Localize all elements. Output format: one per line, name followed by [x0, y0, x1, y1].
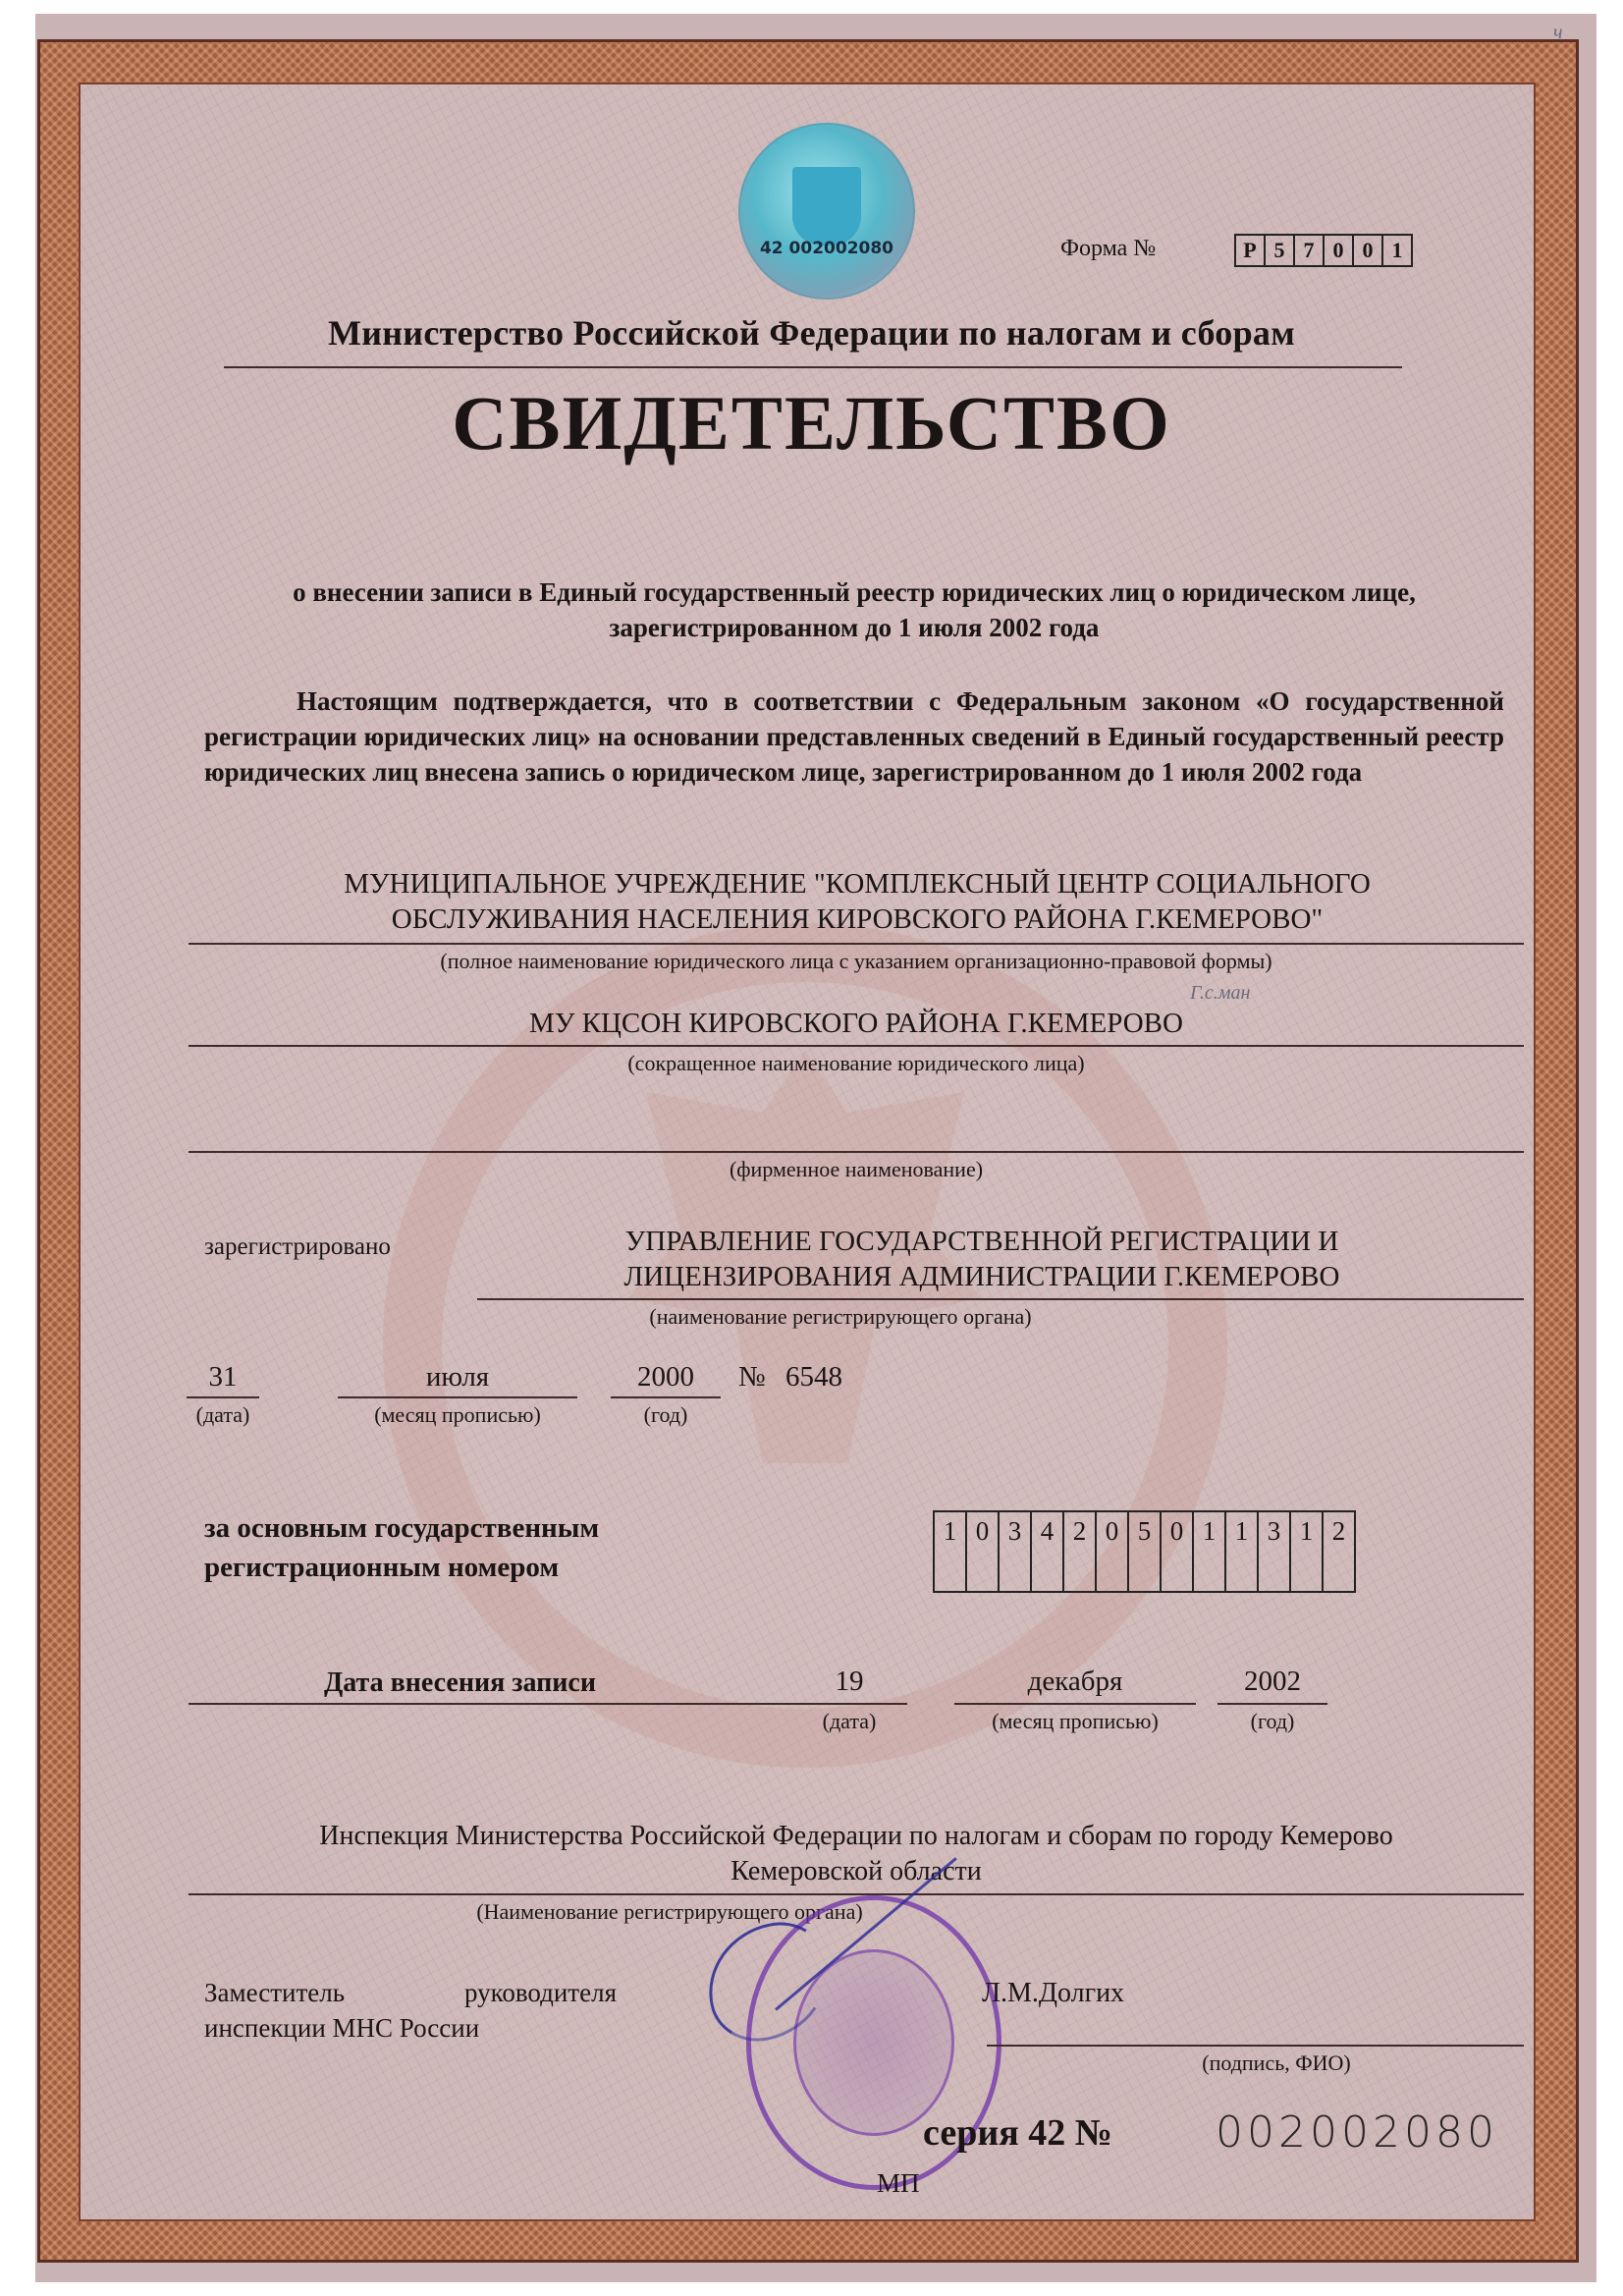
ogrn-label-line2: регистрационным номером — [204, 1548, 599, 1587]
entry-month: декабря — [954, 1664, 1196, 1699]
handwritten-note: Г.с.ман — [1190, 982, 1250, 1005]
signatory-position-line1: Заместитель руководителя — [204, 1978, 617, 2008]
ogrn-digit: 0 — [1097, 1512, 1129, 1591]
corner-handwritten-mark: ч — [1553, 22, 1563, 44]
registration-day: 31 — [187, 1359, 259, 1394]
full-name-caption: (полное наименование юридического лица с… — [189, 949, 1524, 974]
registered-by-line1: УПРАВЛЕНИЕ ГОСУДАРСТВЕННОЙ РЕГИСТРАЦИИ И — [491, 1224, 1473, 1259]
ogrn-digit: 1 — [1194, 1512, 1226, 1591]
entry-month-underline — [954, 1703, 1196, 1705]
signatory-position-line2: инспекции МНС России — [204, 2013, 479, 2044]
authority-underline — [189, 1893, 1524, 1895]
registration-month: июля — [338, 1359, 577, 1394]
short-name-underline — [189, 1045, 1524, 1047]
form-code-char: 0 — [1325, 236, 1354, 265]
registration-number: 6548 — [785, 1359, 842, 1394]
ogrn-digit: 0 — [967, 1512, 1000, 1591]
form-code-char: 5 — [1266, 236, 1295, 265]
series-label: серия 42 № — [923, 2111, 1112, 2155]
short-name-caption: (сокращенное наименование юридического л… — [189, 1051, 1524, 1076]
seal-place-label: МП — [877, 2168, 920, 2199]
ogrn-label-line1: за основным государственным — [204, 1508, 599, 1548]
document-title: СВИДЕТЕЛЬСТВО — [0, 379, 1623, 467]
registered-by-line2: ЛИЦЕНЗИРОВАНИЯ АДМИНИСТРАЦИИ Г.КЕМЕРОВО — [491, 1259, 1473, 1294]
ogrn-digit: 4 — [1032, 1512, 1064, 1591]
entry-day-caption: (дата) — [805, 1709, 893, 1734]
form-code-char: 7 — [1295, 236, 1325, 265]
form-label: Форма № — [1060, 236, 1156, 262]
authority-line2: Кемеровской области — [189, 1854, 1524, 1889]
form-code-char: 0 — [1354, 236, 1383, 265]
ministry-heading: Министерство Российской Федерации по нал… — [0, 312, 1623, 354]
signature-caption: (подпись, ФИО) — [1129, 2050, 1424, 2076]
registration-month-caption: (месяц прописью) — [338, 1402, 577, 1428]
registered-label: зарегистрировано — [204, 1233, 391, 1261]
document-subtitle: о внесении записи в Единый государственн… — [201, 574, 1507, 645]
ogrn-number: 1 0 3 4 2 0 5 0 1 1 3 1 2 — [933, 1510, 1356, 1593]
hologram-number: 42 002002080 — [738, 239, 915, 258]
registration-year-caption: (год) — [611, 1402, 721, 1428]
entry-year: 2002 — [1217, 1664, 1327, 1699]
short-name: МУ КЦСОН КИРОВСКОГО РАЙОНА Г.КЕМЕРОВО — [189, 1006, 1524, 1041]
registered-by-underline — [477, 1298, 1524, 1300]
authority-caption: (Наименование регистрирующего органа) — [189, 1899, 1151, 1925]
divider — [224, 366, 1402, 368]
series-number: 002002080 — [1216, 2107, 1498, 2158]
ogrn-label: за основным государственным регистрацион… — [204, 1508, 599, 1587]
brand-name-underline — [189, 1151, 1524, 1153]
entry-day: 19 — [805, 1664, 893, 1699]
authority-line1: Инспекция Министерства Российской Федера… — [189, 1819, 1524, 1854]
registration-day-caption: (дата) — [187, 1402, 259, 1428]
ogrn-digit: 1 — [935, 1512, 967, 1591]
full-name-underline — [189, 943, 1524, 945]
ogrn-digit: 5 — [1129, 1512, 1162, 1591]
form-code: Р 5 7 0 0 1 — [1234, 234, 1413, 267]
registration-year: 2000 — [611, 1359, 721, 1394]
registration-year-underline — [611, 1396, 721, 1398]
registration-day-underline — [187, 1396, 259, 1398]
ogrn-digit: 3 — [1000, 1512, 1032, 1591]
ogrn-digit: 1 — [1291, 1512, 1324, 1591]
entry-year-underline — [1217, 1703, 1327, 1705]
ogrn-digit: 3 — [1259, 1512, 1291, 1591]
entry-date-underline — [189, 1703, 907, 1705]
signature-underline — [987, 2045, 1524, 2047]
entry-month-caption: (месяц прописью) — [954, 1709, 1196, 1734]
form-code-char: 1 — [1383, 236, 1411, 265]
registered-by-caption: (наименование регистрирующего органа) — [477, 1304, 1204, 1330]
signatory-name: Л.М.Долгих — [982, 1978, 1124, 2009]
full-name-line1: МУНИЦИПАЛЬНОЕ УЧРЕЖДЕНИЕ "КОМПЛЕКСНЫЙ ЦЕ… — [204, 866, 1510, 902]
hologram-sticker: 42 002002080 — [738, 123, 915, 300]
entry-year-caption: (год) — [1217, 1709, 1327, 1734]
full-name-line2: ОБСЛУЖИВАНИЯ НАСЕЛЕНИЯ КИРОВСКОГО РАЙОНА… — [204, 902, 1510, 937]
ogrn-digit: 2 — [1324, 1512, 1354, 1591]
form-code-char: Р — [1236, 236, 1266, 265]
ogrn-digit: 0 — [1162, 1512, 1194, 1591]
brand-name-caption: (фирменное наименование) — [189, 1157, 1524, 1182]
coat-of-arms-icon — [792, 167, 861, 246]
registration-number-label: № — [738, 1359, 766, 1394]
registration-month-underline — [338, 1396, 577, 1398]
certification-text: Настоящим подтверждается, что в соответс… — [204, 683, 1504, 790]
ogrn-digit: 1 — [1226, 1512, 1259, 1591]
entry-date-label: Дата внесения записи — [324, 1667, 596, 1699]
ogrn-digit: 2 — [1064, 1512, 1097, 1591]
